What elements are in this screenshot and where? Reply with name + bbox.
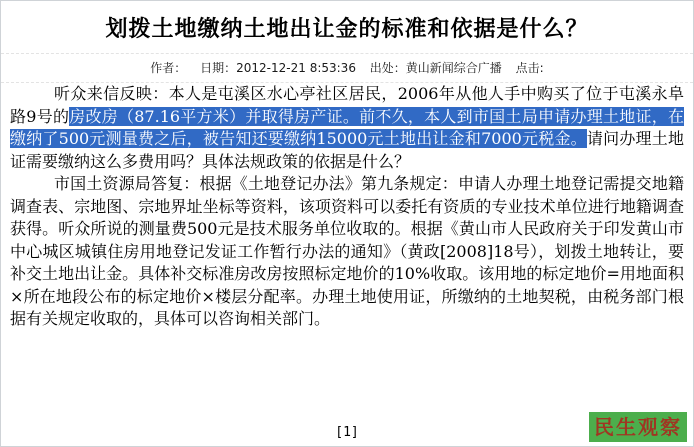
meta-date: 日期：2012-12-21 8:53:36 — [200, 61, 356, 75]
selected-text-highlight: 房改房（87.16平方米）并取得房产证。前不久，本人到市国土局申请办理土地证，在… — [10, 107, 684, 149]
article-page: 划拨土地缴纳土地出让金的标准和依据是什么？ 作者： 日期：2012-12-21 … — [0, 0, 694, 447]
paragraph-question: 听众来信反映：本人是屯溪区水心亭社区居民，2006年从他人手中购买了位于屯溪永阜… — [10, 83, 684, 173]
article-body: 听众来信反映：本人是屯溪区水心亭社区居民，2006年从他人手中购买了位于屯溪永阜… — [1, 83, 693, 331]
page-number[interactable]: [1] — [335, 425, 358, 440]
meta-clicks-label: 点击: — [516, 61, 544, 75]
article-header: 划拨土地缴纳土地出让金的标准和依据是什么？ — [1, 1, 693, 53]
page-title: 划拨土地缴纳土地出让金的标准和依据是什么？ — [105, 12, 588, 43]
watermark-badge: 民生观察 — [589, 412, 687, 442]
article-meta-bar: 作者： 日期：2012-12-21 8:53:36 出处：黄山新闻综合广播 点击… — [1, 53, 693, 83]
paragraph-answer: 市国土资源局答复：根据《土地登记办法》第九条规定：申请人办理土地登记需提交地籍调… — [10, 173, 684, 331]
meta-author-label: 作者： — [150, 61, 186, 75]
meta-source: 出处：黄山新闻综合广播 — [370, 61, 502, 75]
